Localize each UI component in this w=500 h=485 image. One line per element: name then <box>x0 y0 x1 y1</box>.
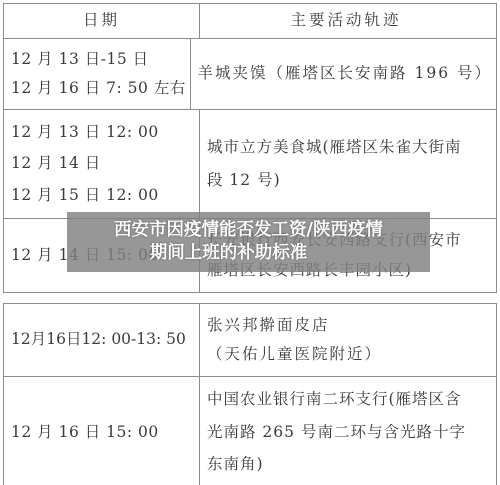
date-cell: 12 月 16 日 15: 00 <box>4 377 200 485</box>
date-line: 12 月 16 日 7: 50 左右 <box>11 81 190 97</box>
table-row: 12 月 13 日 12: 00 12 月 14 日 12 月 15 日 12:… <box>4 109 496 218</box>
location-line: 城市立方美食城(雁塔区朱雀大街南 <box>207 140 492 156</box>
title-overlay-banner: 西安市因疫情能否发工资/陕西疫情 期间上班的补助标准 <box>67 212 430 272</box>
location-line: 光南路 265 号南二环与含光路十字 <box>207 425 492 441</box>
location-cell: 羊城夹馍（雁塔区长安南路 196 号） <box>191 39 496 109</box>
date-line: 12月16日12: 00-13: 50 <box>11 332 199 348</box>
date-cell: 12 月 13 日 12: 00 12 月 14 日 12 月 15 日 12:… <box>4 110 200 218</box>
table-row: 12月16日12: 00-13: 50 张兴邦擀面皮店 （天佑儿童医院附近） <box>4 304 496 376</box>
location-line: （天佑儿童医院附近） <box>207 347 492 363</box>
location-line: 羊城夹馍（雁塔区长安南路 196 号） <box>198 66 492 82</box>
location-cell: 城市立方美食城(雁塔区朱雀大街南 段 12 号) <box>200 110 496 218</box>
header-location-label: 主要活动轨迹 <box>290 13 401 29</box>
overlay-title-line-1: 西安市因疫情能否发工资/陕西疫情 <box>114 219 383 242</box>
overlay-title-line-2: 期间上班的补助标准 <box>150 242 348 265</box>
location-line: 段 12 号) <box>207 173 492 189</box>
date-cell: 12月16日12: 00-13: 50 <box>4 304 200 376</box>
date-line: 12 月 16 日 15: 00 <box>11 425 199 441</box>
table-row: 12 月 16 日 15: 00 中国农业银行南二环支行(雁塔区含 光南路 26… <box>4 376 496 485</box>
table-row: 12 月 13 日-15 日 12 月 16 日 7: 50 左右 羊城夹馍（雁… <box>4 38 496 109</box>
header-date: 日期 <box>4 4 200 38</box>
date-line: 12 月 15 日 12: 00 <box>11 188 199 204</box>
location-cell: 中国农业银行南二环支行(雁塔区含 光南路 265 号南二环与含光路十字 东南角) <box>200 377 496 485</box>
header-location: 主要活动轨迹 <box>200 4 496 38</box>
header-date-label: 日期 <box>83 13 120 29</box>
date-line: 12 月 14 日 <box>11 156 199 172</box>
location-line: 中国农业银行南二环支行(雁塔区含 <box>207 392 492 408</box>
location-line: 东南角) <box>207 457 492 473</box>
date-line: 12 月 13 日 12: 00 <box>11 125 199 141</box>
date-cell: 12 月 13 日-15 日 12 月 16 日 7: 50 左右 <box>4 39 191 109</box>
itinerary-table-2: 12月16日12: 00-13: 50 张兴邦擀面皮店 （天佑儿童医院附近） 1… <box>3 303 497 485</box>
table-header-row: 日期 主要活动轨迹 <box>4 4 496 38</box>
date-line: 12 月 13 日-15 日 <box>11 52 190 68</box>
location-line: 张兴邦擀面皮店 <box>207 318 492 334</box>
location-cell: 张兴邦擀面皮店 （天佑儿童医院附近） <box>200 304 496 376</box>
